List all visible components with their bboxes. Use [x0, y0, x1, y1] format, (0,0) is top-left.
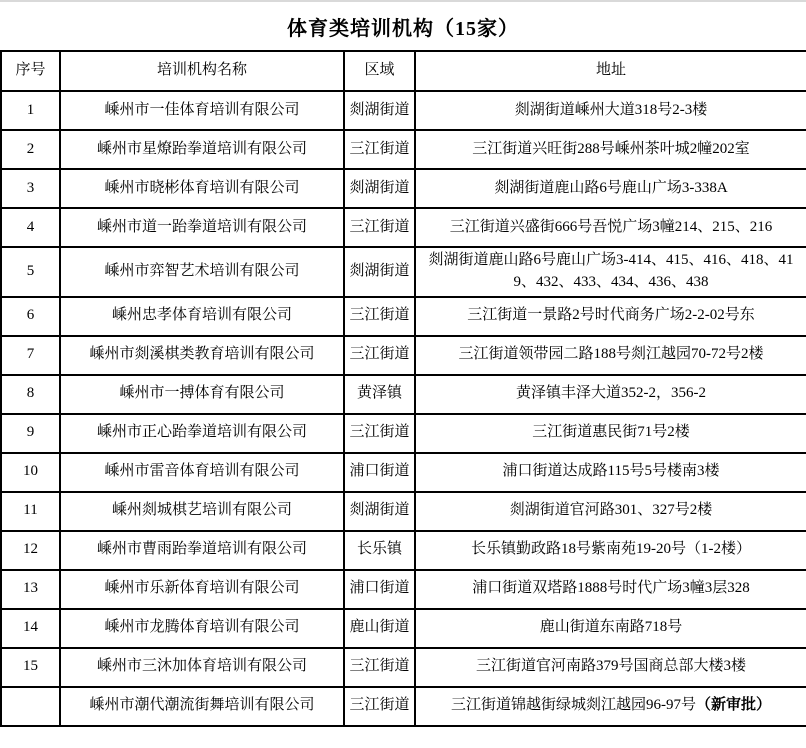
- row-district: 剡湖街道: [344, 91, 415, 130]
- row-name: 嵊州市龙腾体育培训有限公司: [60, 609, 344, 648]
- row-address-text: 三江街道惠民街71号2楼: [532, 424, 690, 440]
- row-district: 鹿山街道: [344, 609, 415, 648]
- row-name: 嵊州市道一跆拳道培训有限公司: [60, 208, 344, 247]
- row-address-text: 三江街道官河南路379号国商总部大楼3楼: [476, 658, 746, 674]
- table-row: 3 嵊州市晓彬体育培训有限公司 剡湖街道 剡湖街道鹿山路6号鹿山广场3-338A: [1, 169, 806, 208]
- row-address-text: 浦口街道达成路115号5号楼南3楼: [503, 463, 720, 479]
- row-name: 嵊州市晓彬体育培训有限公司: [60, 169, 344, 208]
- row-address: 三江街道官河南路379号国商总部大楼3楼: [415, 648, 806, 687]
- row-address-text: 三江街道领带园二路188号剡江越园70-72号2楼: [459, 346, 764, 362]
- row-address: 三江街道兴旺街288号嵊州茶叶城2幢202室: [415, 130, 806, 169]
- row-number: 12: [1, 531, 60, 570]
- row-district: 三江街道: [344, 297, 415, 336]
- row-address: 浦口街道达成路115号5号楼南3楼: [415, 453, 806, 492]
- row-number: 1: [1, 91, 60, 130]
- row-number: 5: [1, 247, 60, 297]
- row-district: 剡湖街道: [344, 492, 415, 531]
- row-name: 嵊州市正心跆拳道培训有限公司: [60, 414, 344, 453]
- table-row: 12 嵊州市曹雨跆拳道培训有限公司 长乐镇 长乐镇勤政路18号紫南苑19-20号…: [1, 531, 806, 570]
- row-name: 嵊州市三沐加体育培训有限公司: [60, 648, 344, 687]
- row-district: 浦口街道: [344, 453, 415, 492]
- row-district: 三江街道: [344, 208, 415, 247]
- row-district: 三江街道: [344, 130, 415, 169]
- row-district: 浦口街道: [344, 570, 415, 609]
- row-address: 黄泽镇丰泽大道352-2，356-2: [415, 375, 806, 414]
- row-address: 三江街道一景路2号时代商务广场2-2-02号东: [415, 297, 806, 336]
- row-name: 嵊州剡城棋艺培训有限公司: [60, 492, 344, 531]
- table-row: 14 嵊州市龙腾体育培训有限公司 鹿山街道 鹿山街道东南路718号: [1, 609, 806, 648]
- row-number: 15: [1, 648, 60, 687]
- row-address: 剡湖街道嵊州大道318号2-3楼: [415, 91, 806, 130]
- table-row: 8 嵊州市一搏体育有限公司 黄泽镇 黄泽镇丰泽大道352-2，356-2: [1, 375, 806, 414]
- row-number: [1, 687, 60, 726]
- row-address-text: 鹿山街道东南路718号: [540, 619, 683, 635]
- row-district: 三江街道: [344, 414, 415, 453]
- row-number: 11: [1, 492, 60, 531]
- row-address: 浦口街道双塔路1888号时代广场3幢3层328: [415, 570, 806, 609]
- row-district: 长乐镇: [344, 531, 415, 570]
- row-district: 三江街道: [344, 336, 415, 375]
- row-address: 三江街道领带园二路188号剡江越园70-72号2楼: [415, 336, 806, 375]
- row-number: 3: [1, 169, 60, 208]
- row-number: 8: [1, 375, 60, 414]
- row-address: 剡湖街道鹿山路6号鹿山广场3-338A: [415, 169, 806, 208]
- row-name: 嵊州市雷音体育培训有限公司: [60, 453, 344, 492]
- row-district: 三江街道: [344, 687, 415, 726]
- page: 体育类培训机构（15家） 序号 培训机构名称 区域 地址 1 嵊州市一佳体育培训…: [0, 0, 806, 748]
- row-address: 长乐镇勤政路18号紫南苑19-20号（1-2楼）: [415, 531, 806, 570]
- table-row: 15 嵊州市三沐加体育培训有限公司 三江街道 三江街道官河南路379号国商总部大…: [1, 648, 806, 687]
- row-name: 嵊州市一搏体育有限公司: [60, 375, 344, 414]
- row-number: 6: [1, 297, 60, 336]
- row-district: 剡湖街道: [344, 169, 415, 208]
- row-address: 三江街道惠民街71号2楼: [415, 414, 806, 453]
- table-row: 嵊州市潮代潮流街舞培训有限公司 三江街道 三江街道锦越街绿城剡江越园96-97号…: [1, 687, 806, 726]
- row-number: 4: [1, 208, 60, 247]
- row-address-text: 三江街道兴旺街288号嵊州茶叶城2幢202室: [472, 141, 750, 157]
- table-row: 6 嵊州忠孝体育培训有限公司 三江街道 三江街道一景路2号时代商务广场2-2-0…: [1, 297, 806, 336]
- table-row: 10 嵊州市雷音体育培训有限公司 浦口街道 浦口街道达成路115号5号楼南3楼: [1, 453, 806, 492]
- table-row: 5 嵊州市弈智艺术培训有限公司 剡湖街道 剡湖街道鹿山路6号鹿山广场3-414、…: [1, 247, 806, 297]
- header-cell-no: 序号: [1, 51, 60, 91]
- table-row: 2 嵊州市星燎跆拳道培训有限公司 三江街道 三江街道兴旺街288号嵊州茶叶城2幢…: [1, 130, 806, 169]
- row-name: 嵊州市剡溪棋类教育培训有限公司: [60, 336, 344, 375]
- header-row: 序号 培训机构名称 区域 地址: [1, 51, 806, 91]
- row-district: 黄泽镇: [344, 375, 415, 414]
- row-number: 9: [1, 414, 60, 453]
- row-name: 嵊州市乐新体育培训有限公司: [60, 570, 344, 609]
- row-number: 7: [1, 336, 60, 375]
- page-title: 体育类培训机构（15家）: [0, 2, 806, 50]
- row-address: 鹿山街道东南路718号: [415, 609, 806, 648]
- row-address-text: 剡湖街道嵊州大道318号2-3楼: [515, 102, 708, 118]
- row-name: 嵊州忠孝体育培训有限公司: [60, 297, 344, 336]
- row-district: 剡湖街道: [344, 247, 415, 297]
- row-address-text: 浦口街道双塔路1888号时代广场3幢3层328: [472, 580, 750, 596]
- row-address: 三江街道兴盛街666号吾悦广场3幢214、215、216: [415, 208, 806, 247]
- row-address-text: 三江街道兴盛街666号吾悦广场3幢214、215、216: [450, 219, 773, 235]
- row-number: 13: [1, 570, 60, 609]
- institutions-table: 序号 培训机构名称 区域 地址 1 嵊州市一佳体育培训有限公司 剡湖街道 剡湖街…: [0, 50, 806, 727]
- table-row: 9 嵊州市正心跆拳道培训有限公司 三江街道 三江街道惠民街71号2楼: [1, 414, 806, 453]
- table-row: 4 嵊州市道一跆拳道培训有限公司 三江街道 三江街道兴盛街666号吾悦广场3幢2…: [1, 208, 806, 247]
- row-address: 剡湖街道鹿山路6号鹿山广场3-414、415、416、418、419、432、4…: [415, 247, 806, 297]
- row-address-text: 剡湖街道官河路301、327号2楼: [510, 502, 713, 518]
- row-number: 10: [1, 453, 60, 492]
- row-address-text: 剡湖街道鹿山路6号鹿山广场3-338A: [494, 180, 727, 196]
- table-header: 序号 培训机构名称 区域 地址: [1, 51, 806, 91]
- header-cell-name: 培训机构名称: [60, 51, 344, 91]
- row-address: 三江街道锦越街绿城剡江越园96-97号（新审批）: [415, 687, 806, 726]
- row-number: 2: [1, 130, 60, 169]
- row-address: 剡湖街道官河路301、327号2楼: [415, 492, 806, 531]
- table-row: 1 嵊州市一佳体育培训有限公司 剡湖街道 剡湖街道嵊州大道318号2-3楼: [1, 91, 806, 130]
- table-row: 11 嵊州剡城棋艺培训有限公司 剡湖街道 剡湖街道官河路301、327号2楼: [1, 492, 806, 531]
- header-cell-district: 区域: [344, 51, 415, 91]
- row-name: 嵊州市一佳体育培训有限公司: [60, 91, 344, 130]
- row-name: 嵊州市曹雨跆拳道培训有限公司: [60, 531, 344, 570]
- row-address-text: 三江街道一景路2号时代商务广场2-2-02号东: [467, 307, 755, 323]
- header-cell-address: 地址: [415, 51, 806, 91]
- row-name: 嵊州市弈智艺术培训有限公司: [60, 247, 344, 297]
- row-district: 三江街道: [344, 648, 415, 687]
- table-row: 7 嵊州市剡溪棋类教育培训有限公司 三江街道 三江街道领带园二路188号剡江越园…: [1, 336, 806, 375]
- row-address-text: 长乐镇勤政路18号紫南苑19-20号（1-2楼）: [471, 541, 751, 557]
- row-number: 14: [1, 609, 60, 648]
- row-address-text: 三江街道锦越街绿城剡江越园96-97号: [451, 697, 696, 713]
- row-name: 嵊州市星燎跆拳道培训有限公司: [60, 130, 344, 169]
- table-body: 1 嵊州市一佳体育培训有限公司 剡湖街道 剡湖街道嵊州大道318号2-3楼 2 …: [1, 91, 806, 726]
- row-address-text: 黄泽镇丰泽大道352-2，356-2: [516, 385, 706, 401]
- row-name: 嵊州市潮代潮流街舞培训有限公司: [60, 687, 344, 726]
- table-row: 13 嵊州市乐新体育培训有限公司 浦口街道 浦口街道双塔路1888号时代广场3幢…: [1, 570, 806, 609]
- row-address-bold: （新审批）: [696, 697, 771, 713]
- row-address-text: 剡湖街道鹿山路6号鹿山广场3-414、415、416、418、419、432、4…: [429, 252, 794, 290]
